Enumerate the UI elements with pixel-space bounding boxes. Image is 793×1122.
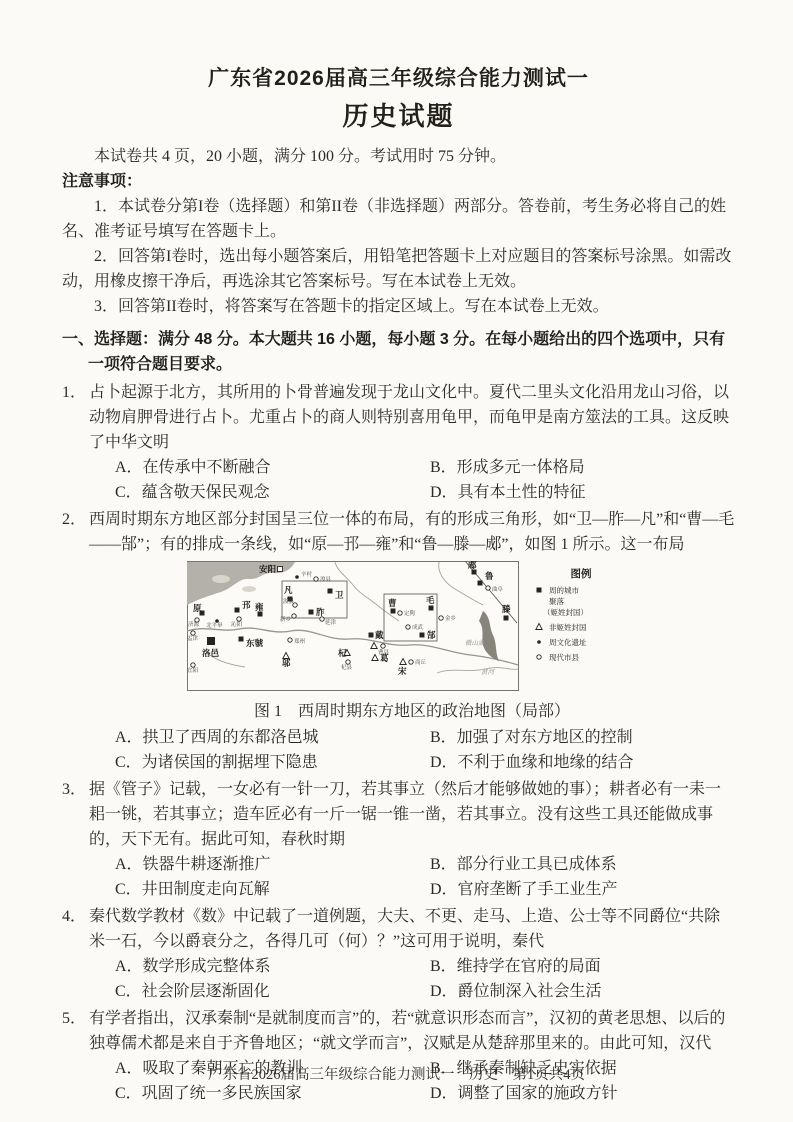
svg-text:黄河: 黄河 <box>481 668 496 676</box>
svg-text:葛: 葛 <box>380 653 389 663</box>
svg-text:毛: 毛 <box>426 595 435 605</box>
svg-text:辛村: 辛村 <box>301 570 313 578</box>
question-number: 2． <box>62 507 89 775</box>
svg-text:（姬姓封国）: （姬姓封国） <box>543 607 588 617</box>
question-number: 1． <box>62 380 89 505</box>
options-q1: A．在传承中不断融合 B．形成多元一体格局 C．蕴含敬天保民观念 D．具有本土性… <box>89 455 735 505</box>
option-c: C．井田制度走向瓦解 <box>89 877 404 902</box>
question-1: 1． 占卜起源于北方，其所用的卜骨普遍发现于龙山文化中。夏代二里头文化沿用龙山习… <box>62 380 735 505</box>
option-a: A．在传承中不断融合 <box>89 455 404 480</box>
subject-title: 历史试题 <box>62 94 735 138</box>
svg-text:郕: 郕 <box>468 561 477 570</box>
option-a: A．数学形成完整体系 <box>89 954 404 979</box>
option-d: D．爵位制深入社会生活 <box>404 979 735 1004</box>
svg-text:曲阜: 曲阜 <box>492 585 504 593</box>
question-number: 4． <box>62 904 89 1004</box>
svg-text:鲁: 鲁 <box>484 571 494 581</box>
svg-text:定陶: 定陶 <box>404 609 416 617</box>
question-stem: 占卜起源于北方，其所用的卜骨普遍发现于龙山文化中。夏代二里头文化沿用龙山习俗，以… <box>89 380 735 455</box>
notice-heading: 注意事项： <box>62 169 735 194</box>
question-stem: 据《管子》记载，一女必有一针一刀，若其事立（然后才能够做她的事）；耕者必有一耒一… <box>89 777 735 852</box>
option-b: B．形成多元一体格局 <box>404 455 735 480</box>
question-5: 5． 有学者指出，汉承秦制“是就制度而言”的，若“就意识形态而言”，汉初的黄老思… <box>62 1006 735 1106</box>
question-number: 5． <box>62 1006 89 1106</box>
page-title: 广东省2026届高三年级综合能力测试一 <box>62 64 735 94</box>
svg-text:商丘: 商丘 <box>415 658 427 666</box>
svg-text:金乡: 金乡 <box>445 614 457 622</box>
exam-page: 广东省2026届高三年级综合能力测试一 历史试题 本试卷共 4 页，20 小题，… <box>0 0 793 1122</box>
option-b: B．加强了对东方地区的控制 <box>404 725 735 750</box>
figure-caption: 图 1 西周时期东方地区的政治地图（局部） <box>89 699 735 725</box>
option-a: A．铁器牛耕逐渐推广 <box>89 852 404 877</box>
svg-text:宜阳: 宜阳 <box>187 666 199 674</box>
svg-text:聚落: 聚落 <box>549 596 564 606</box>
question-stem: 有学者指出，汉承秦制“是就制度而言”的，若“就意识形态而言”，汉初的黄老思想、以… <box>89 1006 735 1056</box>
notice-item-2: 2．回答第I卷时，选出每小题答案后，用铅笔把答题卡上对应题目的答案标号涂黑。如需… <box>62 244 735 294</box>
option-c: C．社会阶层逐渐固化 <box>89 979 404 1004</box>
svg-text:浚县: 浚县 <box>320 575 332 583</box>
question-number: 3． <box>62 777 89 902</box>
svg-text:杞: 杞 <box>338 648 347 658</box>
svg-text:微山湖: 微山湖 <box>465 639 486 647</box>
question-3: 3． 据《管子》记载，一女必有一针一刀，若其事立（然后才能够做她的事）；耕者必有… <box>62 777 735 902</box>
svg-text:凡: 凡 <box>284 585 293 595</box>
question-2: 2． 西周时期东方地区部分封国呈三位一体的布局，有的形成三角形，如“卫—胙—凡”… <box>62 507 735 775</box>
option-a: A．拱卫了西周的东都洛邑城 <box>89 725 404 750</box>
exam-intro: 本试卷共 4 页，20 小题，满分 100 分。考试用时 75 分钟。 <box>62 144 735 169</box>
svg-text:郜: 郜 <box>427 630 436 640</box>
svg-text:曹: 曹 <box>388 598 397 608</box>
question-stem: 秦代数学教材《数》中记载了一道例题，大夫、不更、走马、上造、公士等不同爵位“共除… <box>89 904 735 954</box>
option-d: D．官府垄断了手工业生产 <box>404 877 735 902</box>
svg-text:周文化遗址: 周文化遗址 <box>549 637 587 647</box>
svg-text:安阳: 安阳 <box>259 564 277 574</box>
svg-text:滕: 滕 <box>502 604 511 614</box>
svg-text:邘: 邘 <box>242 600 251 610</box>
option-b: B．部分行业工具已成体系 <box>404 852 735 877</box>
svg-text:卫: 卫 <box>335 590 344 600</box>
svg-text:新乡: 新乡 <box>280 615 292 623</box>
option-d: D．不利于血缘和地缘的结合 <box>404 750 735 775</box>
figure-map: 安阳辛村浚县凡卫胙汲县新乡延津原济源邘沁阳北平皋雍孟津洛邑东虢郑州邬宜阳戴曹县杞… <box>187 561 735 699</box>
svg-text:洛邑: 洛邑 <box>202 648 220 658</box>
svg-text:济源: 济源 <box>188 620 200 628</box>
options-q4: A．数学形成完整体系 B．维持学在官府的局面 C．社会阶层逐渐固化 D．爵位制深… <box>89 954 735 1004</box>
notice-item-1: 1．本试卷分第I卷（选择题）和第II卷（非选择题）两部分。答卷前，考生务必将自己… <box>62 194 735 244</box>
svg-text:郑州: 郑州 <box>294 637 305 645</box>
svg-text:戴: 戴 <box>374 630 384 640</box>
svg-text:原: 原 <box>193 603 202 613</box>
svg-text:雍: 雍 <box>255 602 264 612</box>
svg-text:北平皋: 北平皋 <box>206 621 223 629</box>
svg-text:东虢: 东虢 <box>246 638 264 648</box>
svg-text:现代市县: 现代市县 <box>549 652 579 662</box>
option-c: C．蕴含敬天保民观念 <box>89 480 404 505</box>
options-q3: A．铁器牛耕逐渐推广 B．部分行业工具已成体系 C．井田制度走向瓦解 D．官府垄… <box>89 852 735 902</box>
notice-item-3: 3．回答第II卷时，将答案写在答题卡的指定区域上。写在本试卷上无效。 <box>62 294 735 319</box>
svg-text:胙: 胙 <box>316 607 325 617</box>
svg-text:杞县: 杞县 <box>341 663 353 671</box>
svg-text:图例: 图例 <box>571 567 592 580</box>
option-c: C．为诸侯国的割据埋下隐患 <box>89 750 404 775</box>
options-q2: A．拱卫了西周的东都洛邑城 B．加强了对东方地区的控制 C．为诸侯国的割据埋下隐… <box>89 725 735 775</box>
question-4: 4． 秦代数学教材《数》中记载了一道例题，大夫、不更、走马、上造、公士等不同爵位… <box>62 904 735 1004</box>
question-stem: 西周时期东方地区部分封国呈三位一体的布局，有的形成三角形，如“卫—胙—凡”和“曹… <box>89 507 735 557</box>
svg-text:宋: 宋 <box>398 666 407 676</box>
section-heading: 一、选择题：满分 48 分。本大题共 16 小题，每小题 3 分。在每小题给出的… <box>62 327 735 377</box>
svg-text:邬: 邬 <box>282 658 291 668</box>
svg-text:汲县: 汲县 <box>283 597 295 605</box>
map-canvas: 安阳辛村浚县凡卫胙汲县新乡延津原济源邘沁阳北平皋雍孟津洛邑东虢郑州邬宜阳戴曹县杞… <box>187 561 639 691</box>
svg-text:周的城市: 周的城市 <box>549 585 579 595</box>
page-footer: 广东省2026届高三年级综合能力测试一 历史 第1页共4页 <box>0 1063 793 1088</box>
svg-text:成武: 成武 <box>412 623 424 631</box>
svg-text:非姬姓封国: 非姬姓封国 <box>549 622 587 632</box>
svg-text:沁阳: 沁阳 <box>231 620 243 628</box>
svg-text:孟津: 孟津 <box>187 634 199 642</box>
option-b: B．维持学在官府的局面 <box>404 954 735 979</box>
option-d: D．具有本土性的特征 <box>404 480 735 505</box>
svg-text:延津: 延津 <box>325 618 337 626</box>
